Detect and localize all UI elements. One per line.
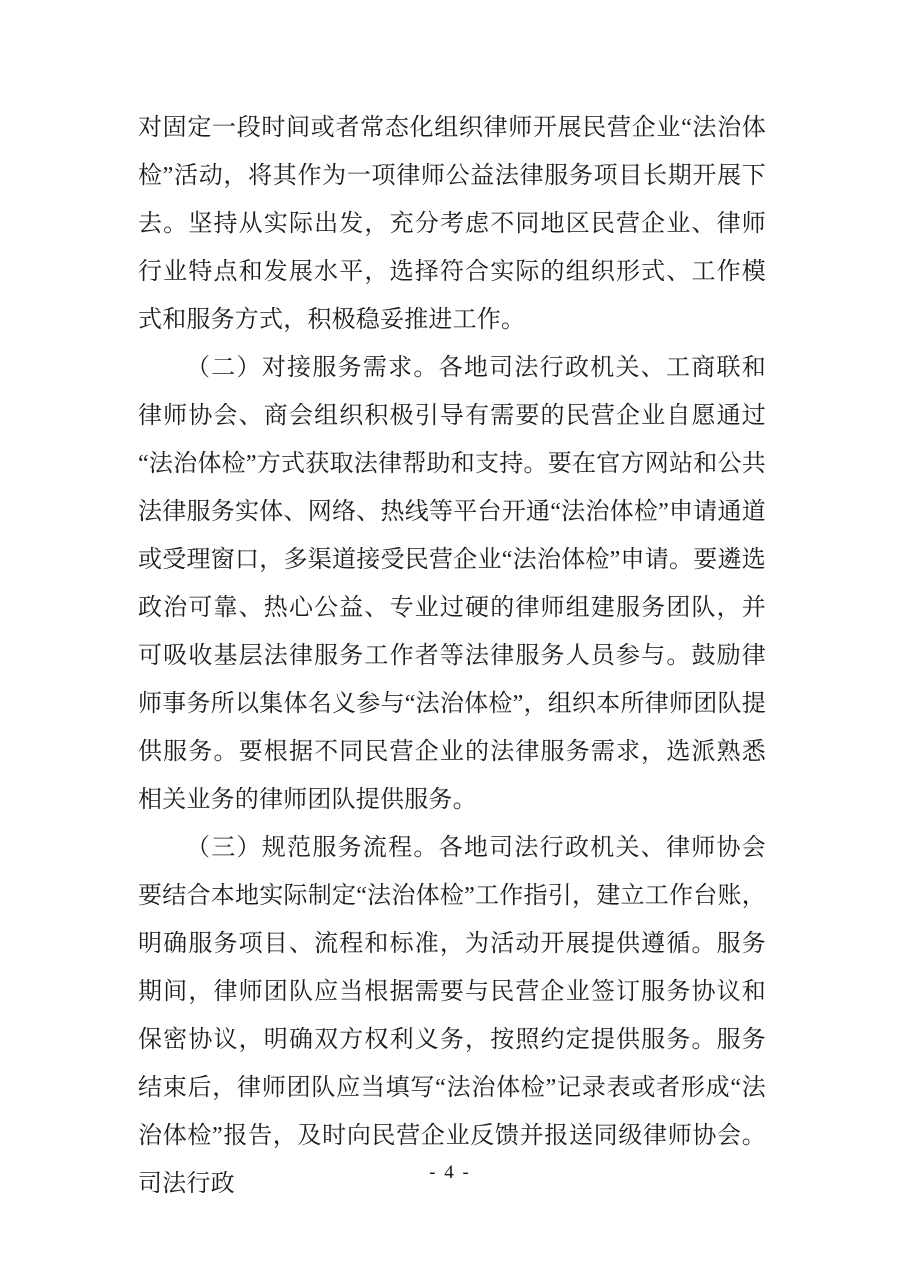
document-body: 对固定一段时间或者常态化组织律师开展民营企业“法治体检”活动，将其作为一项律师公… bbox=[138, 104, 766, 1208]
paragraph: （二）对接服务需求。各地司法行政机关、工商联和律师协会、商会组织积极引导有需要的… bbox=[138, 344, 766, 824]
page-footer: - 4 - bbox=[0, 1162, 900, 1184]
document-page: 对固定一段时间或者常态化组织律师开展民营企业“法治体检”活动，将其作为一项律师公… bbox=[0, 0, 900, 1273]
paragraph: 对固定一段时间或者常态化组织律师开展民营企业“法治体检”活动，将其作为一项律师公… bbox=[138, 104, 766, 344]
paragraph: （三）规范服务流程。各地司法行政机关、律师协会要结合本地实际制定“法治体检”工作… bbox=[138, 824, 766, 1208]
page-number: - 4 - bbox=[429, 1162, 471, 1183]
